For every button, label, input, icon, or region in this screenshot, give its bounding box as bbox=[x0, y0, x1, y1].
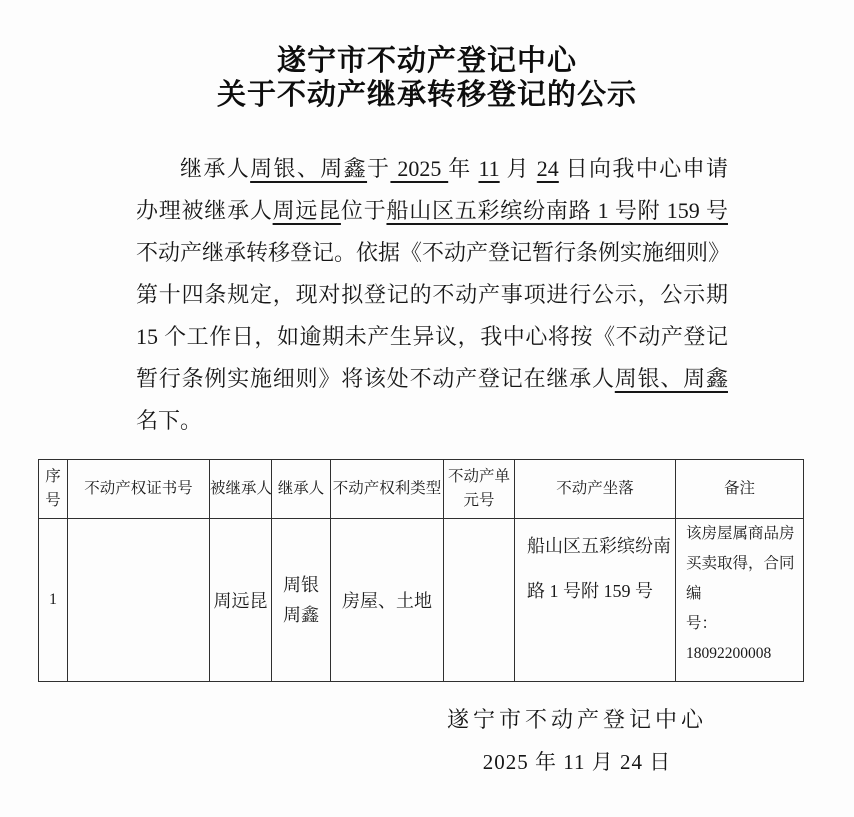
text-segment: 月 bbox=[500, 156, 537, 181]
notice-paragraph: 继承人周银、周鑫于 2025 年 11 月 24 日向我中心申请 办理被继承人周… bbox=[136, 148, 728, 442]
underlined-year: 2025 bbox=[390, 156, 448, 181]
table-row: 1 周远昆 周银 周鑫 房屋、土地 船山区五彩缤纷南 路 1 号附 159 号 … bbox=[39, 519, 804, 682]
col-header-right-type: 不动产权利类型 bbox=[331, 460, 444, 519]
signature-org: 遂宁市不动产登记中心 bbox=[300, 706, 854, 734]
signature-date: 2025 年 11 月 24 日 bbox=[300, 749, 854, 775]
col-header-decedent: 被继承人 bbox=[210, 460, 272, 519]
text-segment: 于 bbox=[367, 156, 390, 181]
cell-decedent: 周远昆 bbox=[210, 519, 272, 682]
underlined-heir-names: 周银、周鑫 bbox=[615, 366, 728, 391]
cell-serial: 1 bbox=[39, 519, 68, 682]
table-header-row: 序号 不动产权证书号 被继承人 继承人 不动产权利类型 不动产单元号 不动产坐落… bbox=[39, 460, 804, 519]
text-segment: 第十四条规定，现对拟登记的不动产事项进行公示，公示期 bbox=[136, 282, 728, 307]
paragraph-line-2: 办理被继承人周远昆位于船山区五彩缤纷南路 1 号附 159 号 bbox=[136, 190, 728, 232]
heir-name: 周鑫 bbox=[272, 600, 330, 630]
text-segment: 暂行条例实施细则》将该处不动产登记在继承人 bbox=[136, 366, 615, 391]
underlined-decedent-name: 周远昆 bbox=[273, 198, 341, 223]
cell-heirs: 周银 周鑫 bbox=[272, 519, 331, 682]
cell-cert-no bbox=[68, 519, 210, 682]
remark-line: 号：18092200008 bbox=[686, 609, 799, 669]
paragraph-line-7: 名下。 bbox=[136, 400, 728, 442]
underlined-month: 11 bbox=[478, 156, 499, 181]
text-segment: 继承人 bbox=[180, 156, 250, 181]
col-header-cert-no: 不动产权证书号 bbox=[68, 460, 210, 519]
text-segment: 年 bbox=[448, 156, 478, 181]
underlined-day: 24 bbox=[537, 156, 559, 181]
heir-name: 周银 bbox=[272, 570, 330, 600]
notice-table: 序号 不动产权证书号 被继承人 继承人 不动产权利类型 不动产单元号 不动产坐落… bbox=[38, 459, 804, 682]
remark-line: 该房屋属商品房 bbox=[686, 519, 799, 549]
document-page: 遂宁市不动产登记中心 关于不动产继承转移登记的公示 继承人周银、周鑫于 2025… bbox=[0, 0, 854, 817]
col-header-heir: 继承人 bbox=[272, 460, 331, 519]
col-header-remark: 备注 bbox=[676, 460, 804, 519]
title-line-1: 遂宁市不动产登记中心 bbox=[0, 44, 854, 78]
paragraph-line-3: 不动产继承转移登记。依据《不动产登记暂行条例实施细则》 bbox=[136, 232, 728, 274]
location-line: 路 1 号附 159 号 bbox=[527, 569, 671, 614]
signature-block: 遂宁市不动产登记中心 2025 年 11 月 24 日 bbox=[300, 706, 854, 775]
cell-location: 船山区五彩缤纷南 路 1 号附 159 号 bbox=[515, 519, 676, 682]
col-header-unit-no: 不动产单元号 bbox=[444, 460, 515, 519]
table-container: 序号 不动产权证书号 被继承人 继承人 不动产权利类型 不动产单元号 不动产坐落… bbox=[38, 459, 804, 682]
remark-line: 买卖取得，合同编 bbox=[686, 549, 799, 609]
col-header-location: 不动产坐落 bbox=[515, 460, 676, 519]
document-title: 遂宁市不动产登记中心 关于不动产继承转移登记的公示 bbox=[0, 44, 854, 112]
cell-unit-no bbox=[444, 519, 515, 682]
text-segment: 15 个工作日，如逾期未产生异议，我中心将按《不动产登记 bbox=[136, 324, 728, 349]
text-segment: 日向我中心申请 bbox=[559, 156, 728, 181]
cell-remark: 该房屋属商品房 买卖取得，合同编 号：18092200008 bbox=[676, 519, 804, 682]
paragraph-line-6: 暂行条例实施细则》将该处不动产登记在继承人周银、周鑫 bbox=[136, 358, 728, 400]
text-segment: 名下。 bbox=[136, 408, 202, 433]
text-segment: 不动产继承转移登记。依据《不动产登记暂行条例实施细则》 bbox=[136, 240, 730, 265]
underlined-address: 船山区五彩缤纷南路 1 号附 159 号 bbox=[386, 198, 728, 223]
underlined-heir-names: 周银、周鑫 bbox=[250, 156, 367, 181]
title-line-2: 关于不动产继承转移登记的公示 bbox=[0, 78, 854, 112]
paragraph-line-4: 第十四条规定，现对拟登记的不动产事项进行公示，公示期 bbox=[136, 274, 728, 316]
paragraph-line-5: 15 个工作日，如逾期未产生异议，我中心将按《不动产登记 bbox=[136, 316, 728, 358]
col-header-serial: 序号 bbox=[39, 460, 68, 519]
text-segment: 位于 bbox=[341, 198, 387, 223]
location-line: 船山区五彩缤纷南 bbox=[527, 524, 671, 569]
text-segment: 办理被继承人 bbox=[136, 198, 273, 223]
cell-right-type: 房屋、土地 bbox=[331, 519, 444, 682]
paragraph-line-1: 继承人周银、周鑫于 2025 年 11 月 24 日向我中心申请 bbox=[136, 148, 728, 190]
